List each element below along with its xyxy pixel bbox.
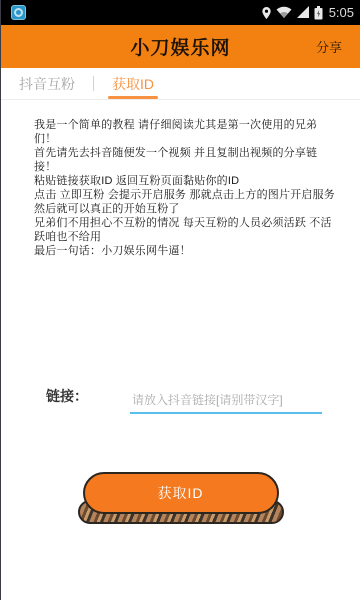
instructions-text: 我是一个简单的教程 请仔细阅读尤其是第一次使用的兄弟们！ 首先请先去抖音随便发一… — [1, 100, 360, 258]
wifi-icon — [276, 6, 292, 19]
page-title: 小刀娱乐网 — [1, 33, 360, 60]
get-id-button[interactable]: 获取ID — [83, 472, 279, 526]
tab-get-id[interactable]: 获取ID — [94, 68, 172, 99]
instruction-line: 首先请先去抖音随便发一个视频 并且复制出视频的分享链接！ — [34, 146, 336, 174]
instruction-line: 然后就可以真正的开始互粉了 — [34, 202, 336, 216]
instruction-line: 兄弟们不用担心不互粉的情况 每天互粉的人员必须活跃 不活跃咱也不给用 — [34, 216, 336, 244]
douyin-link-input[interactable] — [130, 389, 322, 414]
link-form-row: 链接： — [1, 386, 360, 414]
instruction-line: 粘贴链接获取ID 返回互粉页面黏贴你的ID — [34, 174, 336, 188]
instruction-line: 点击 立即互粉 会提示开启服务 那就点击上方的图片开启服务 — [34, 188, 336, 202]
app-screen: 5:05 小刀娱乐网 分享 抖音互粉 获取ID 我是一个简单的教程 请仔细阅读尤… — [0, 0, 360, 600]
battery-charging-icon — [314, 6, 323, 20]
button-face[interactable]: 获取ID — [83, 472, 279, 514]
status-bar: 5:05 — [1, 0, 360, 25]
instruction-line: 我是一个简单的教程 请仔细阅读尤其是第一次使用的兄弟们！ — [34, 118, 336, 146]
app-notification-icon — [11, 5, 26, 20]
tab-douyin-mutual-follow[interactable]: 抖音互粉 — [1, 68, 93, 99]
share-button[interactable]: 分享 — [316, 37, 342, 56]
instruction-line: 最后一句话：小刀娱乐网牛逼！ — [34, 244, 336, 258]
tab-bar: 抖音互粉 获取ID — [1, 68, 360, 100]
link-label: 链接： — [46, 386, 88, 414]
location-icon — [261, 6, 272, 20]
signal-icon — [296, 6, 310, 19]
clock: 5:05 — [329, 5, 354, 20]
app-header: 小刀娱乐网 分享 — [1, 25, 360, 68]
